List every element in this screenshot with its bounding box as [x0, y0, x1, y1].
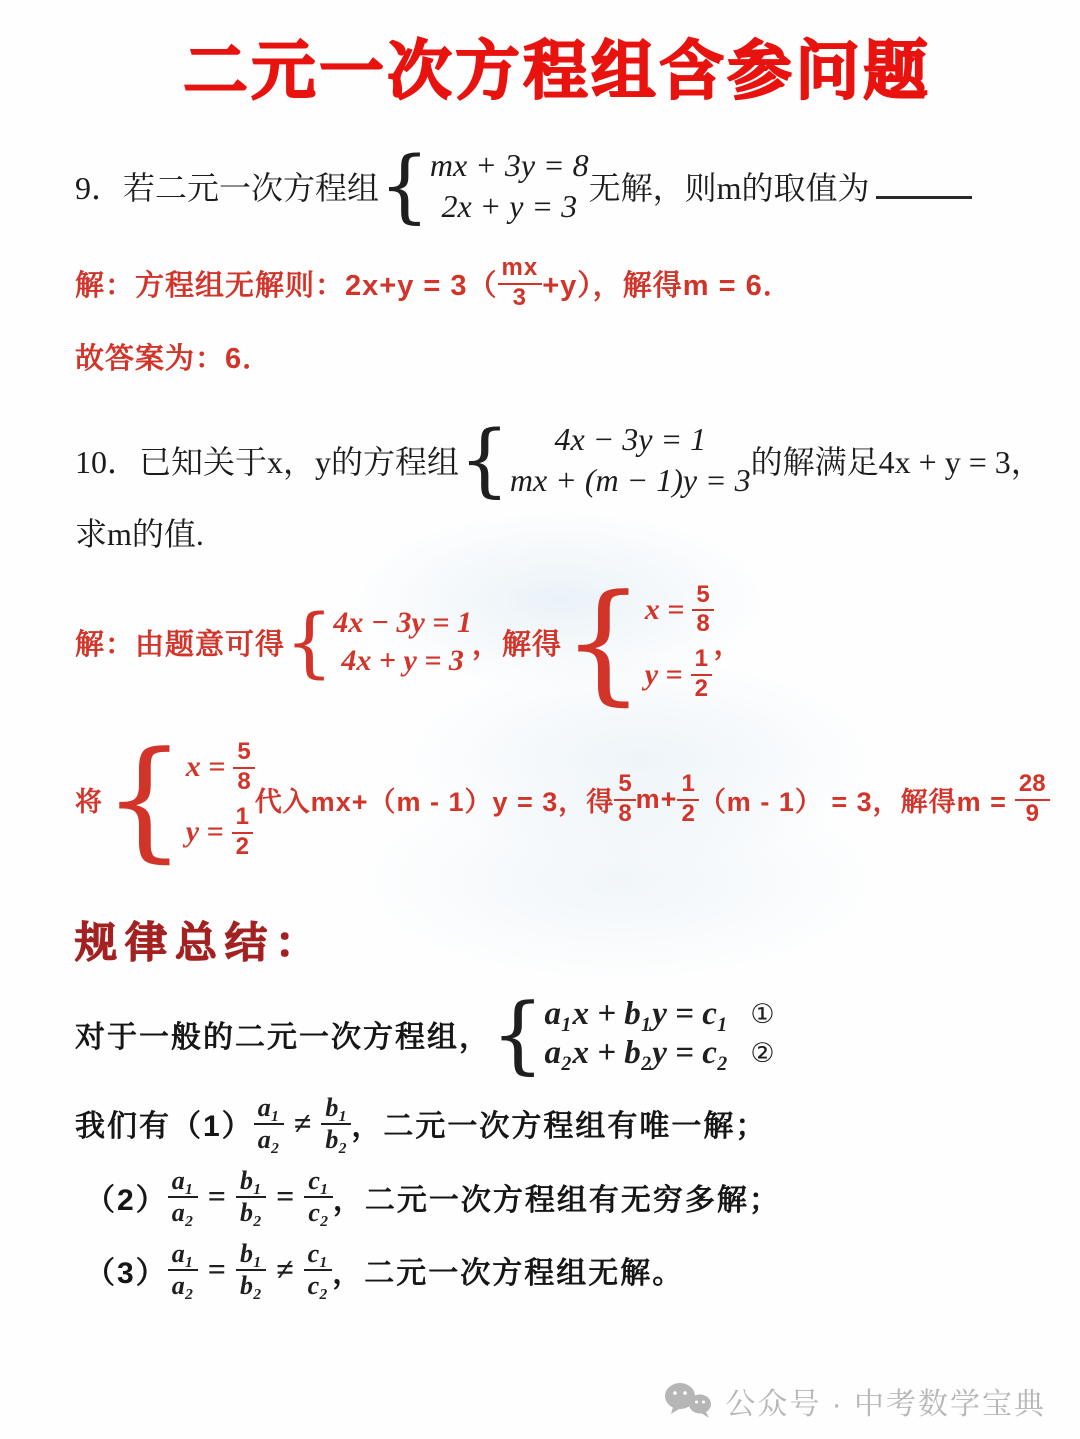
- solution-9-line-1: 解：方程组无解则：2x+y = 3（ mx 3 +y），解得m = 6．: [75, 255, 1040, 312]
- page-title: 二元一次方程组含参问题: [75, 26, 1040, 119]
- equation-2: mx + (m − 1)y = 3: [510, 462, 751, 499]
- left-brace-icon: {: [285, 607, 333, 677]
- problem-9-tail-wrap: 无解，则m的取值为: [589, 163, 972, 209]
- problem-9: 9．若二元一次方程组 { mx + 3y = 8 2x + y = 3 无解，则…: [75, 147, 1040, 225]
- wechat-icon: [663, 1381, 715, 1421]
- problem-10-ask: 求m的值.: [75, 509, 204, 555]
- problem-10: 10．已知关于x，y的方程组 { 4x − 3y = 1 mx + (m − 1…: [75, 421, 1040, 499]
- solution-9-answer: 故答案为：6．: [75, 336, 272, 377]
- fraction-1-2: 1 2: [691, 646, 712, 703]
- summary-heading: 规律总结：: [75, 910, 325, 970]
- y-value-row: y = 1 2: [186, 804, 253, 861]
- problem-10-line-2: 求m的值.: [75, 509, 1040, 555]
- solution-10b-part3: m+: [636, 784, 678, 815]
- problem-9-lead: 9．若二元一次方程组: [75, 163, 379, 209]
- not-equal-operator: ≠: [276, 1251, 294, 1288]
- rule-3: （3） a₁ a₂ = b₁ b₂ ≠ c₁ c₂ ，二元一次方程组无解。: [75, 1239, 1040, 1300]
- not-equal-operator: ≠: [294, 1105, 312, 1142]
- rule-3-lead: （3）: [85, 1248, 168, 1292]
- rule-2: （2） a₁ a₂ = b₁ b₂ = c₁ c₂ ，二元一次方程组有无穷多解；: [75, 1166, 1040, 1227]
- rule-3-tail: ，二元一次方程组无解。: [332, 1248, 684, 1292]
- problem-9-system: { mx + 3y = 8 2x + y = 3: [379, 147, 589, 225]
- x-value-row: x = 5 8: [645, 582, 714, 639]
- rule-2-tail: ，二元一次方程组有无穷多解；: [333, 1175, 781, 1219]
- x-value-row: x = 5 8: [186, 739, 255, 796]
- answer-blank: [876, 195, 972, 199]
- fraction-mx-3: mx 3: [498, 255, 543, 312]
- solution-10-line-1: 解：由题意可得 { 4x − 3y = 1 4x + y = 3 ，解得 { x…: [75, 581, 1040, 705]
- general-system-line: 对于一般的二元一次方程组， { a₁x + b₁y = c₁ ① a₂x + b…: [75, 996, 1040, 1073]
- summary-section: 规律总结：: [75, 910, 1040, 970]
- tag-2: ②: [750, 1038, 774, 1069]
- fraction-5-8: 5 8: [692, 582, 713, 639]
- left-brace-icon: {: [379, 149, 430, 223]
- problem-10-lead: 10．已知关于x，y的方程组: [75, 437, 459, 483]
- y-value-row: y = 1 2: [645, 646, 712, 703]
- fraction-a1-a2: a₁ a₂: [254, 1093, 284, 1154]
- rule-2-lead: （2）: [85, 1175, 168, 1219]
- problem-9-tail: 无解，则m的取值为: [589, 170, 870, 206]
- solution-10-part2: ，解得: [472, 622, 562, 663]
- solution-10b-part4: （m - 1） = 3，解得m =: [699, 780, 1007, 819]
- equation-2: 4x + y = 3: [341, 644, 464, 678]
- problem-10-system: { 4x − 3y = 1 mx + (m − 1)y = 3: [459, 421, 751, 499]
- fraction-b1-b2: b₁ b₂: [236, 1166, 266, 1227]
- solution-10-system-1: { 4x − 3y = 1 4x + y = 3: [285, 606, 472, 678]
- equation-2: a₂x + b₂y = c₂: [544, 1035, 728, 1072]
- worksheet-page: 二元一次方程组含参问题 9．若二元一次方程组 { mx + 3y = 8 2x …: [0, 0, 1080, 1439]
- fraction-1-2: 1 2: [232, 804, 253, 861]
- solution-9-line-2: 故答案为：6．: [75, 336, 1040, 377]
- rule-1-tail: ，二元一次方程组有唯一解；: [351, 1101, 767, 1145]
- equal-operator: =: [208, 1178, 226, 1215]
- equal-operator: =: [276, 1178, 294, 1215]
- watermark-label: 公众号 · 中考数学宝典: [725, 1379, 1046, 1423]
- fraction-a1-a2: a₁ a₂: [168, 1239, 198, 1300]
- rule-1-lead: 我们有（1）: [75, 1101, 254, 1145]
- wechat-watermark: 公众号 · 中考数学宝典: [663, 1379, 1046, 1423]
- substitute-label: 将: [75, 780, 103, 819]
- solution-9-part1: 解：方程组无解则：2x+y = 3（: [75, 263, 498, 304]
- fraction-b1-b2: b₁ b₂: [321, 1093, 351, 1154]
- solution-10-system-3: { x = 5 8 y = 1 2: [103, 738, 255, 862]
- fraction-c1-c2: c₁ c₂: [304, 1239, 333, 1300]
- equation-1: 4x − 3y = 1: [333, 606, 472, 640]
- fraction-28-9: 28 9: [1015, 771, 1050, 828]
- fraction-c1-c2: c₁ c₂: [304, 1166, 333, 1227]
- solution-10-line-2: 将 { x = 5 8 y = 1 2: [75, 738, 1040, 862]
- fraction-5-8: 5 8: [614, 771, 635, 828]
- left-brace-icon: {: [103, 738, 186, 862]
- equation-1: a₁x + b₁y = c₁: [544, 996, 728, 1033]
- equation-1: mx + 3y = 8: [430, 147, 589, 184]
- solution-10-part1: 解：由题意可得: [75, 622, 285, 663]
- fraction-1-2: 1 2: [677, 771, 698, 828]
- solution-10b-part2: 代入mx+（m - 1）y = 3，得: [255, 780, 615, 819]
- solution-10-part3: ，: [714, 622, 744, 663]
- equal-operator: =: [208, 1251, 226, 1288]
- rule-1: 我们有（1） a₁ a₂ ≠ b₁ b₂ ，二元一次方程组有唯一解；: [75, 1093, 1040, 1154]
- fraction-b1-b2: b₁ b₂: [236, 1239, 266, 1300]
- left-brace-icon: {: [491, 996, 544, 1073]
- equation-2: 2x + y = 3: [441, 188, 577, 225]
- solution-10-system-2: { x = 5 8 y = 1 2: [562, 581, 714, 705]
- left-brace-icon: {: [459, 423, 510, 497]
- equation-1: 4x − 3y = 1: [554, 421, 706, 458]
- left-brace-icon: {: [562, 581, 645, 705]
- fraction-5-8: 5 8: [233, 739, 254, 796]
- general-lead: 对于一般的二元一次方程组，: [75, 1012, 491, 1056]
- problem-10-tail: 的解满足4x + y = 3，: [751, 437, 1043, 483]
- fraction-a1-a2: a₁ a₂: [168, 1166, 198, 1227]
- general-system: { a₁x + b₁y = c₁ ① a₂x + b₂y = c₂ ②: [491, 996, 775, 1073]
- solution-9-part2: +y），解得m = 6．: [542, 263, 793, 304]
- tag-1: ①: [750, 999, 774, 1030]
